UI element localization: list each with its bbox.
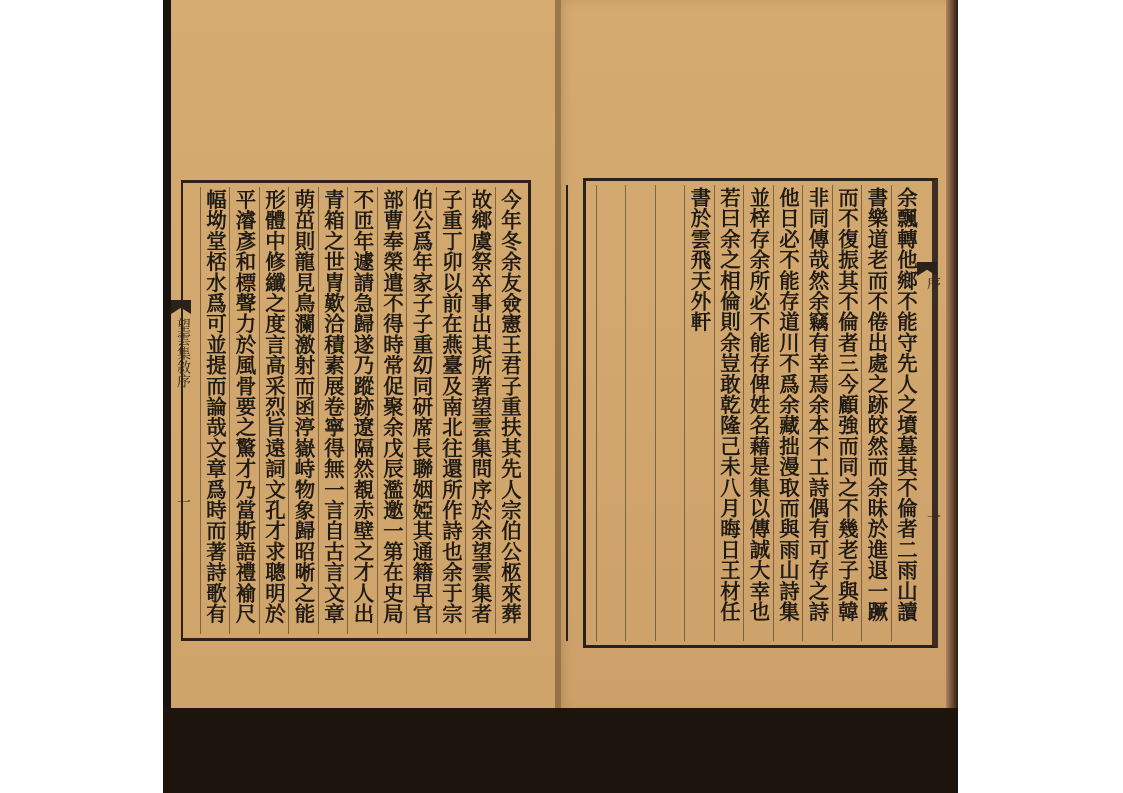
empty-column bbox=[655, 185, 685, 641]
text-column: 非同傳哉然余竊有幸焉余本不工詩偶有可存之詩 bbox=[802, 185, 832, 641]
page-number: 一 bbox=[921, 510, 943, 530]
text-column: 不匝年遽請急歸遂乃蹤跡遼隔然覩赤壁之才人出 bbox=[347, 187, 377, 634]
right-page-columns: 余飄轉他鄉不能守先人之墳墓其不倫者二雨山讀 書樂道老而不倦出處之跡皎然而余昧於進… bbox=[566, 185, 920, 641]
text-column: 他日必不能存道川不爲余藏拙漫取而與雨山詩集 bbox=[773, 185, 803, 641]
scan-background bbox=[163, 708, 958, 793]
right-page-frame: 余飄轉他鄉不能守先人之墳墓其不倫者二雨山讀 書樂道老而不倦出處之跡皎然而余昧於進… bbox=[583, 178, 920, 648]
left-page: 今年冬余友僉憲王君子重扶其先人宗伯公柩來葬 故鄉虞祭卒事出其所著望雲集問序於余望… bbox=[171, 0, 557, 708]
text-column: 伯公爲年家子子重㓜同研席長聯姻婭其通籍早官 bbox=[406, 187, 436, 634]
text-column: 余飄轉他鄉不能守先人之墳墓其不倫者二雨山讀 bbox=[891, 185, 921, 641]
banxin-strip bbox=[920, 178, 938, 648]
text-column: 故鄉虞祭卒事出其所著望雲集問序於余望雲集者 bbox=[465, 187, 495, 634]
book-right-edge bbox=[946, 0, 958, 720]
text-column: 若曰余之相倫則余豈敢乾隆己未八月晦日王材任 bbox=[714, 185, 744, 641]
left-page-frame: 今年冬余友僉憲王君子重扶其先人宗伯公柩來葬 故鄉虞祭卒事出其所著望雲集問序於余望… bbox=[181, 180, 531, 641]
text-column: 書於雲飛天外軒 bbox=[684, 185, 714, 641]
empty-column bbox=[596, 185, 626, 641]
text-column: 平濬彥和標聲力於風骨要之驚才乃當斯語禮褕尺 bbox=[229, 187, 259, 634]
right-page: 余飄轉他鄉不能守先人之墳墓其不倫者二雨山讀 書樂道老而不倦出處之跡皎然而余昧於進… bbox=[555, 0, 950, 712]
book-title-margin: 望雲集敘序 bbox=[171, 318, 193, 418]
book-scan: 今年冬余友僉憲王君子重扶其先人宗伯公柩來葬 故鄉虞祭卒事出其所著望雲集問序於余望… bbox=[163, 0, 958, 793]
text-column: 部曹奉榮遣不得時常促聚余戊辰濫邀一第在史局 bbox=[377, 187, 407, 634]
text-column: 並梓存余所必不能存俾姓名藉是集以傳誠大幸也 bbox=[743, 185, 773, 641]
section-label: 序 bbox=[921, 276, 943, 306]
text-column: 子重丁卯以前在燕臺及南北往還所作詩也余于宗 bbox=[436, 187, 466, 634]
text-column: 書樂道老而不倦出處之跡皎然而余昧於進退一蹶 bbox=[861, 185, 891, 641]
text-column: 而不復振其不倫者三今顧強而同之不幾老子與韓 bbox=[832, 185, 862, 641]
text-column: 萌茁則龍見鳥瀾激射而函渟嶽峙物象歸昭晰之能 bbox=[288, 187, 318, 634]
text-column: 形體中修纖之度言高采烈旨遠詞文孔才求聰明於 bbox=[259, 187, 289, 634]
empty-column bbox=[566, 185, 596, 641]
text-column: 幅坳堂桮水爲可並提而論哉文章爲時而著詩歌有 bbox=[200, 187, 230, 634]
page-number: 一 bbox=[171, 495, 193, 515]
left-page-columns: 今年冬余友僉憲王君子重扶其先人宗伯公柩來葬 故鄉虞祭卒事出其所著望雲集問序於余望… bbox=[200, 187, 525, 634]
center-fold bbox=[555, 0, 561, 712]
empty-column bbox=[625, 185, 655, 641]
text-column: 今年冬余友僉憲王君子重扶其先人宗伯公柩來葬 bbox=[495, 187, 525, 634]
text-column: 青箱之世冑歎洽積素展卷寧得無一言自古言文章 bbox=[318, 187, 348, 634]
